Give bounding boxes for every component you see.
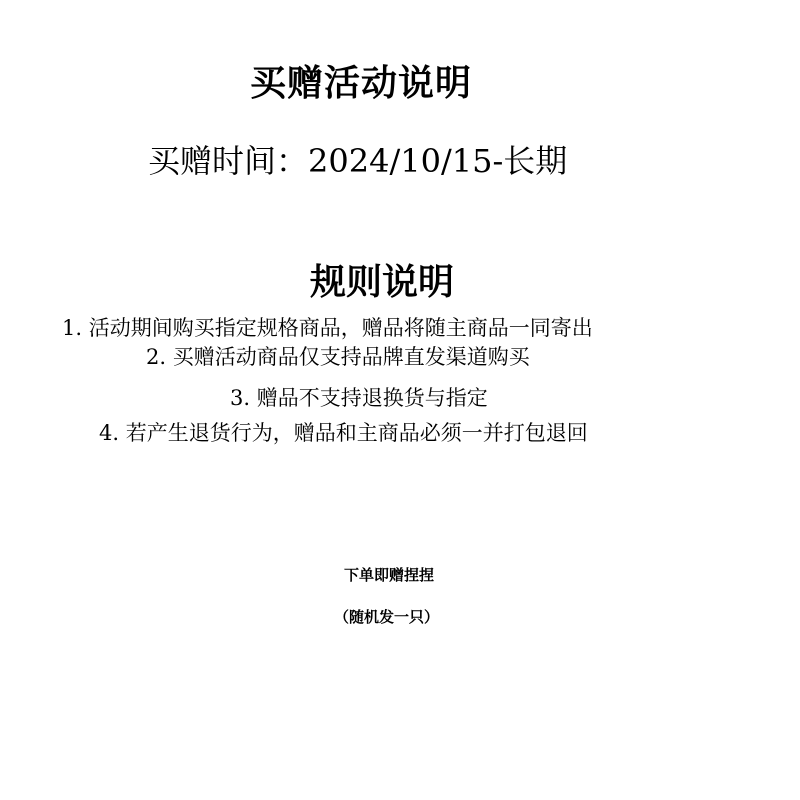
rule-item: 1. 活动期间购买指定规格商品，赠品将随主商品一同寄出 (62, 318, 593, 339)
gift-headline: 下单即赠捏捏 (344, 568, 434, 583)
promotion-time-label: 买赠时间： (148, 142, 308, 180)
promotion-time-value: 2024/10/15-长期 (308, 142, 567, 180)
rule-item: 2. 买赠活动商品仅支持品牌直发渠道购买 (146, 347, 530, 368)
rule-item: 4. 若产生退货行为，赠品和主商品必须一并打包退回 (99, 423, 588, 444)
rules-heading: 规则说明 (310, 265, 454, 301)
promotion-time: 买赠时间：2024/10/15-长期 (148, 145, 567, 177)
rule-item: 3. 赠品不支持退换货与指定 (230, 388, 488, 409)
page-title: 买赠活动说明 (250, 66, 472, 102)
gift-note: （随机发一只） (334, 610, 439, 625)
